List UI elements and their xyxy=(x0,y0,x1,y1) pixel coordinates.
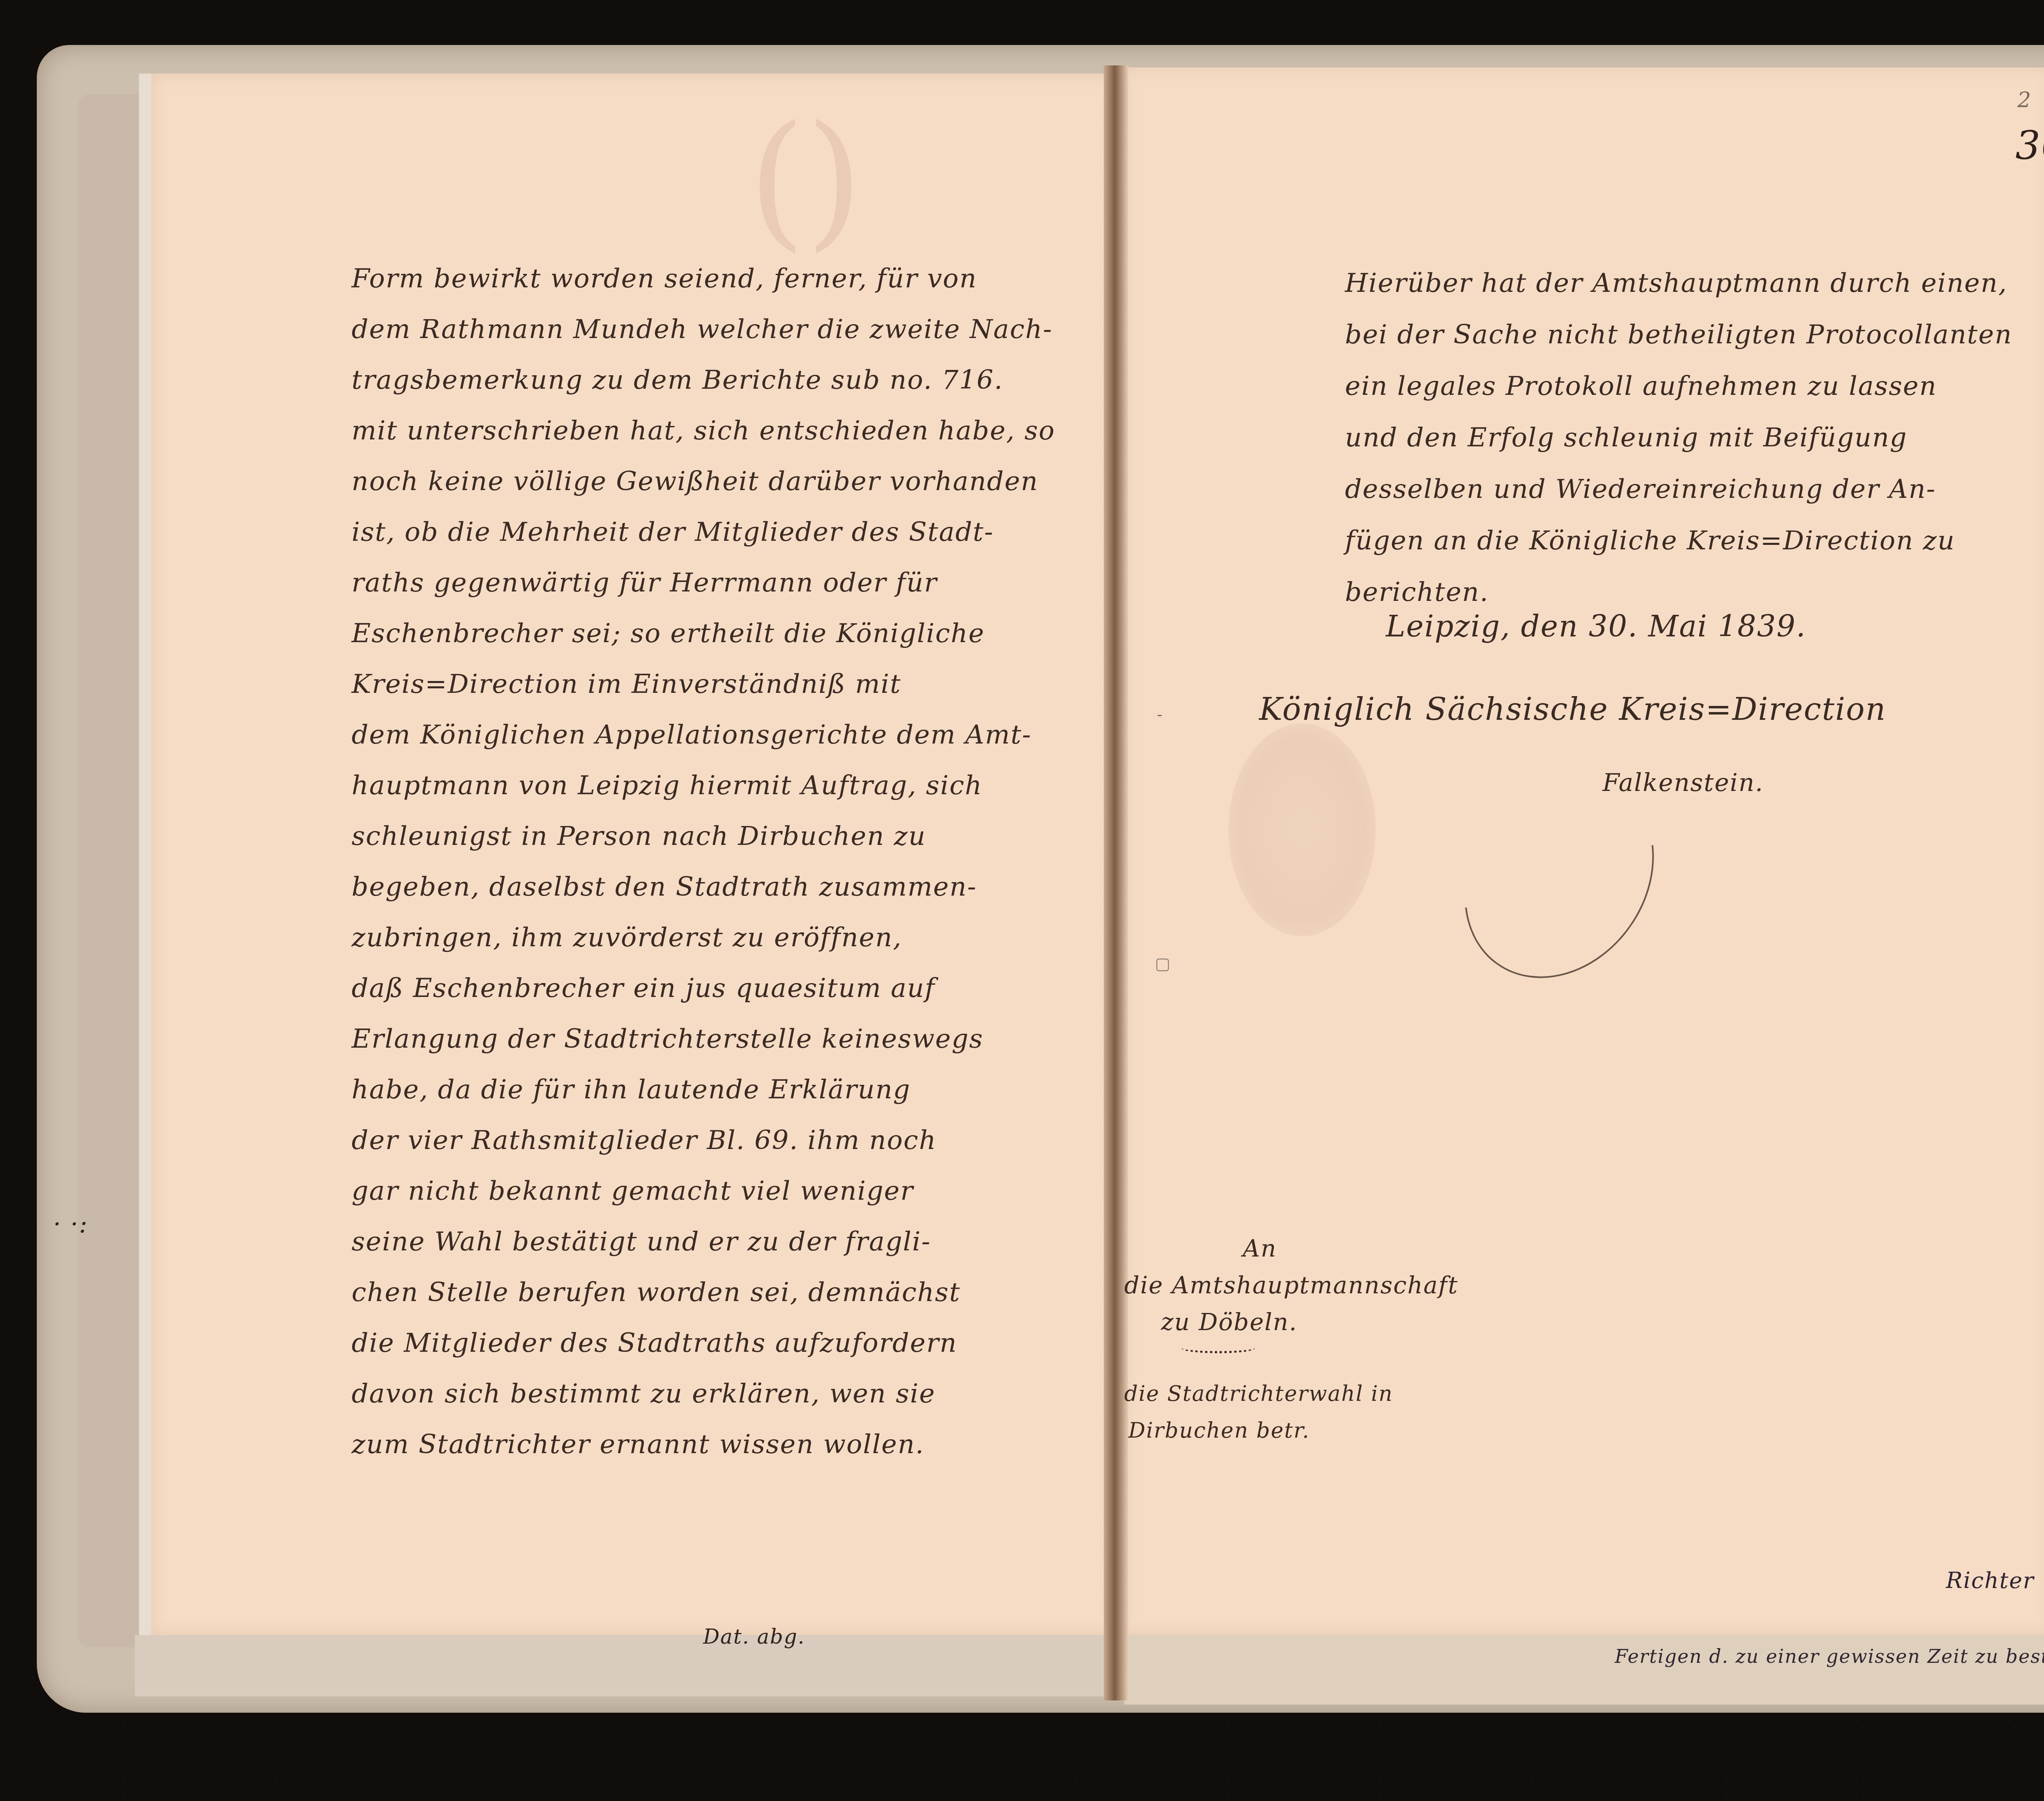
text-line: Hierüber hat der Amtshauptmann durch ein… xyxy=(1345,258,2013,309)
text-line: begeben, daselbst den Stadtrath zusammen… xyxy=(352,862,1055,912)
ink-spots: · ·: xyxy=(53,1210,88,1239)
text-line: tragsbemerkung zu dem Berichte sub no. 7… xyxy=(352,355,1055,405)
bottom-margin-note: Fertigen d. zu einer gewissen Zeit zu be… xyxy=(1615,1645,2044,1667)
text-line: hauptmann von Leipzig hiermit Auftrag, s… xyxy=(352,760,1055,811)
margin-mark: - xyxy=(1157,705,1163,724)
text-line: dem Königlichen Appellationsgerichte dem… xyxy=(352,710,1055,760)
text-line: habe, da die für ihn lautende Erklärung xyxy=(352,1064,1055,1115)
address-recipient: die Amtshauptmannschaft xyxy=(1124,1271,1458,1299)
text-line: der vier Rathsmitglieder Bl. 69. ihm noc… xyxy=(352,1115,1055,1166)
text-line: daß Eschenbrecher ein jus quaesitum auf xyxy=(352,963,1055,1014)
text-line: raths gegenwärtig für Herrmann oder für xyxy=(352,558,1055,608)
text-line: chen Stelle berufen worden sei, demnächs… xyxy=(352,1267,1055,1318)
separator-squiggle xyxy=(1181,1343,1255,1353)
text-line: schleunigst in Person nach Dirbuchen zu xyxy=(352,811,1055,862)
folio-number: 30. xyxy=(2015,123,2044,168)
text-line: desselben und Wiedereinreichung der An- xyxy=(1345,464,2013,515)
text-line: mit unterschrieben hat, sich entschieden… xyxy=(352,405,1055,456)
address-location: zu Döbeln. xyxy=(1161,1308,1298,1336)
text-line: davon sich bestimmt zu erklären, wen sie xyxy=(352,1369,1055,1419)
under-sheet-left xyxy=(135,1635,1124,1696)
text-line: und den Erfolg schleunig mit Beifügung xyxy=(1345,412,2013,464)
text-line: bei der Sache nicht betheiligten Protoco… xyxy=(1345,309,2013,361)
text-line: zum Stadtrichter ernannt wissen wollen. xyxy=(352,1419,1055,1470)
text-line: Kreis=Direction im Einverständniß mit xyxy=(352,659,1055,710)
subject-line: die Stadtrichterwahl in xyxy=(1124,1382,1393,1406)
embossed-seal xyxy=(1228,724,1376,936)
text-line: Eschenbrecher sei; so ertheilt die König… xyxy=(352,608,1055,659)
text-line: fügen an die Königliche Kreis=Direction … xyxy=(1345,515,2013,567)
issuing-authority: Königlich Sächsische Kreis=Direction xyxy=(1259,691,1886,727)
corner-note: Richter xyxy=(1946,1568,2034,1593)
right-page-text: Hierüber hat der Amtshauptmann durch ein… xyxy=(1345,258,2013,618)
left-page-text: Form bewirkt worden seiend, ferner, für … xyxy=(352,253,1055,1470)
bleed-through-mark: () xyxy=(748,94,863,265)
book-gutter xyxy=(1104,65,1128,1700)
text-line: dem Rathmann Mundeh welcher die zweite N… xyxy=(352,304,1055,355)
text-line: zubringen, ihm zuvörderst zu eröffnen, xyxy=(352,912,1055,963)
text-line: ein legales Protokoll aufnehmen zu lasse… xyxy=(1345,361,2013,412)
folio-pencil-mark: 2 xyxy=(2017,88,2032,112)
text-line: seine Wahl bestätigt und er zu der fragl… xyxy=(352,1216,1055,1267)
dispatch-note: Dat. abg. xyxy=(703,1625,805,1649)
place-and-date: Leipzig, den 30. Mai 1839. xyxy=(1386,609,1806,643)
text-line: ist, ob die Mehrheit der Mitglieder des … xyxy=(352,507,1055,558)
subject-line: Dirbuchen betr. xyxy=(1128,1418,1310,1443)
text-line: gar nicht bekannt gemacht viel weniger xyxy=(352,1166,1055,1216)
text-line: noch keine völlige Gewißheit darüber vor… xyxy=(352,456,1055,507)
address-salutation: An xyxy=(1243,1234,1277,1262)
text-line: Form bewirkt worden seiend, ferner, für … xyxy=(352,253,1055,304)
margin-bracket: ▢ xyxy=(1155,954,1171,973)
text-line: Erlangung der Stadtrichterstelle keinesw… xyxy=(352,1014,1055,1064)
text-line: die Mitglieder des Stadtraths aufzuforde… xyxy=(352,1318,1055,1369)
